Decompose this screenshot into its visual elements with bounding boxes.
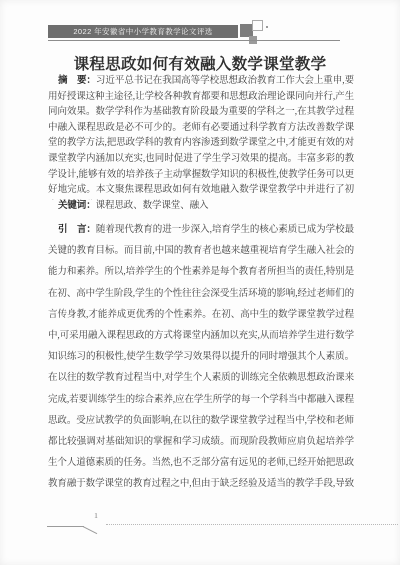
introduction-text: 随着现代教育的进一步深入,培育学生的核心素质已成为学校最关键的教育目标。而目前,… — [48, 225, 354, 498]
footer-rule-diagonal — [83, 526, 98, 534]
footer-rule-solid — [47, 526, 84, 527]
introduction-paragraph: 引 言：随着现代教育的进一步深入,培育学生的核心素质已成为学校最关键的教育目标。… — [48, 220, 354, 498]
abstract-text: 习近平总书记在我国高等学校思想政治教育工作大会上重申,要用好授课这种主途径,让学… — [48, 76, 354, 200]
contest-banner: 2022 年安徽省中小学教育教学论文评选 — [48, 25, 238, 38]
paper-title: 课程思政如何有效融入数学课堂教学 — [0, 52, 400, 74]
decor-square-outline — [252, 20, 263, 31]
abstract-label: 摘 要： — [58, 76, 96, 86]
keywords-text: 课程思政、数学课堂、融入 — [96, 201, 209, 211]
paper-page: 2022 年安徽省中小学教育教学论文评选 课程思政如何有效融入数学课堂教学 摘 … — [0, 0, 400, 565]
page-number: 1 — [91, 511, 101, 520]
decor-dot — [266, 26, 268, 28]
introduction-label: 引 言： — [58, 225, 96, 235]
keywords-label: 关键词： — [58, 201, 96, 211]
keywords-line: 关键词：课程思政、数学课堂、融入 — [48, 199, 354, 215]
footer-rule-dotted — [106, 524, 398, 525]
abstract-paragraph: 摘 要：习近平总书记在我国高等学校思想政治教育工作大会上重申,要用好授课这种主途… — [48, 74, 354, 200]
header-rule — [48, 40, 340, 41]
